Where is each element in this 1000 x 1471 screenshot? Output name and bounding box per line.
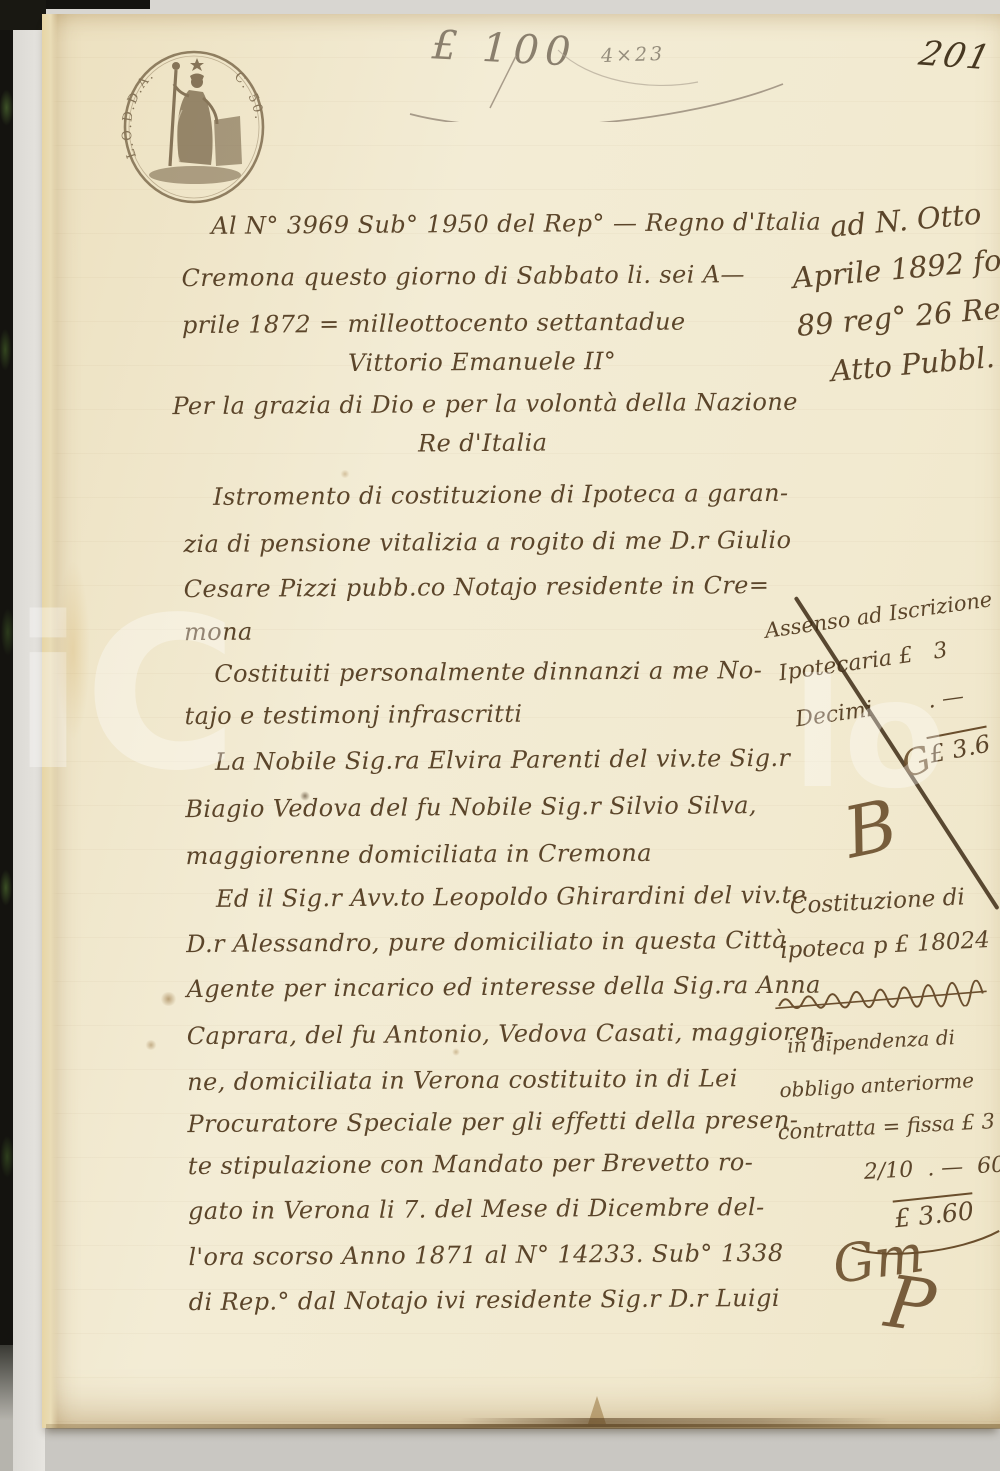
body-line: ne, domiciliata in Verona costituito in … [187,1064,787,1096]
svg-text:L.O.D.D.A.: L.O.D.D.A. [120,67,158,160]
scanner-backing [13,0,45,1471]
seal-left-text: L.O.D.D.A. [120,67,158,160]
revenue-stamp-seal: L.O.D.D.A. C. 50. [118,46,270,208]
body-line: zia di pensione vitalizia a rogito di me… [183,526,783,558]
main-text-block: Al N° 3969 Sub° 1950 del Rep° — Regno d'… [181,206,789,1330]
foxing-stain [160,992,177,1006]
body-line: te stipulazione con Mandato per Brevetto… [188,1148,788,1180]
body-line: tajo e testimonj infrascritti [185,698,785,730]
foxing-stain [340,470,350,478]
foxing-stain [145,1040,157,1050]
body-line: Istromento di costituzione di Ipoteca a … [183,479,813,511]
cancellation-squiggle [774,979,990,1016]
body-line: Caprara, del fu Antonio, Vedova Casati, … [187,1018,787,1050]
foxing-stain [452,1048,460,1056]
margin-line: in dipendenza di [787,1025,956,1058]
page-left-edge [42,14,58,1428]
body-line: Costituiti personalmente dinnanzi a me N… [184,656,814,688]
scan-corner-shadow-2 [0,0,46,30]
margin-line: obbligo anteriorme [779,1068,975,1102]
body-line: prile 1872 = milleottocento settantadue [182,307,782,339]
body-line: Per la grazia di Dio e per la volontà de… [172,388,772,420]
body-line-king-title: Vittorio Emanuele II° [182,346,782,378]
body-line: La Nobile Sig.ra Elvira Parenti del viv.… [185,744,815,776]
fee-total: £ 3.6 [926,726,992,769]
margin-line: Ipotecaria £ 3 [777,638,949,686]
margin-line: Aprile 1892 fog [791,241,1000,295]
scanned-notarial-document: L.O.D.D.A. C. 50. £ 100 4×23 201 Al N° 3… [0,0,1000,1471]
ink-blot [300,791,310,801]
body-line: D.r Alessandro, pure domiciliato in ques… [186,926,786,958]
body-line: mona [184,614,784,646]
body-line: Agente per incarico ed interesse della S… [186,971,786,1003]
seal-figure-italia [149,58,242,184]
margin-hypothec-note: Costituzione di ipoteca p £ 18024 in dip… [769,882,1000,1234]
margin-line: 89 reg° 26 Rep [795,290,1000,343]
book-spine-edge-fade [0,1345,13,1471]
bottom-edge-smudge [460,1418,890,1427]
margin-line: 2/10 . — 60 [863,1153,1000,1185]
body-line: di Rep.° dal Notajo ivi residente Sig.r … [189,1284,789,1316]
page-number: 201 [915,34,996,78]
body-line-re-ditalia: Re d'Italia [183,427,783,459]
body-line: maggiorenne domiciliata in Cremona [186,838,786,870]
margin-line: Atto Pubbl. [829,340,996,388]
book-spine-edge [0,0,13,1345]
body-line: Cremona questo giorno di Sabbato li. sei… [181,260,781,292]
margin-fee-note: Assenso ad Iscrizione Ipotecaria £ 3 Dec… [759,586,1000,817]
margin-line: ipoteca p £ 18024 [780,927,991,964]
pencil-flourish [398,42,798,122]
margin-line: contratta = fissa £ 3 [777,1109,995,1144]
margin-registration-note: ad N. Otto Aprile 1892 fog 89 reg° 26 Re… [787,187,1000,412]
body-line: Cesare Pizzi pubb.co Notajo residente in… [184,571,784,603]
body-line: gato in Verona li 7. del Mese di Dicembr… [188,1193,788,1225]
body-line: Al N° 3969 Sub° 1950 del Rep° — Regno d'… [181,208,811,240]
body-line: l'ora scorso Anno 1871 al N° 14233. Sub°… [188,1239,788,1271]
edge-stain [56,560,90,740]
body-line: Procuratore Speciale per gli effetti del… [187,1106,787,1138]
body-line: Biagio Vedova del fu Nobile Sig.r Silvio… [185,791,785,823]
body-line: Ed il Sig.r Avv.to Leopoldo Ghirardini d… [186,881,816,913]
